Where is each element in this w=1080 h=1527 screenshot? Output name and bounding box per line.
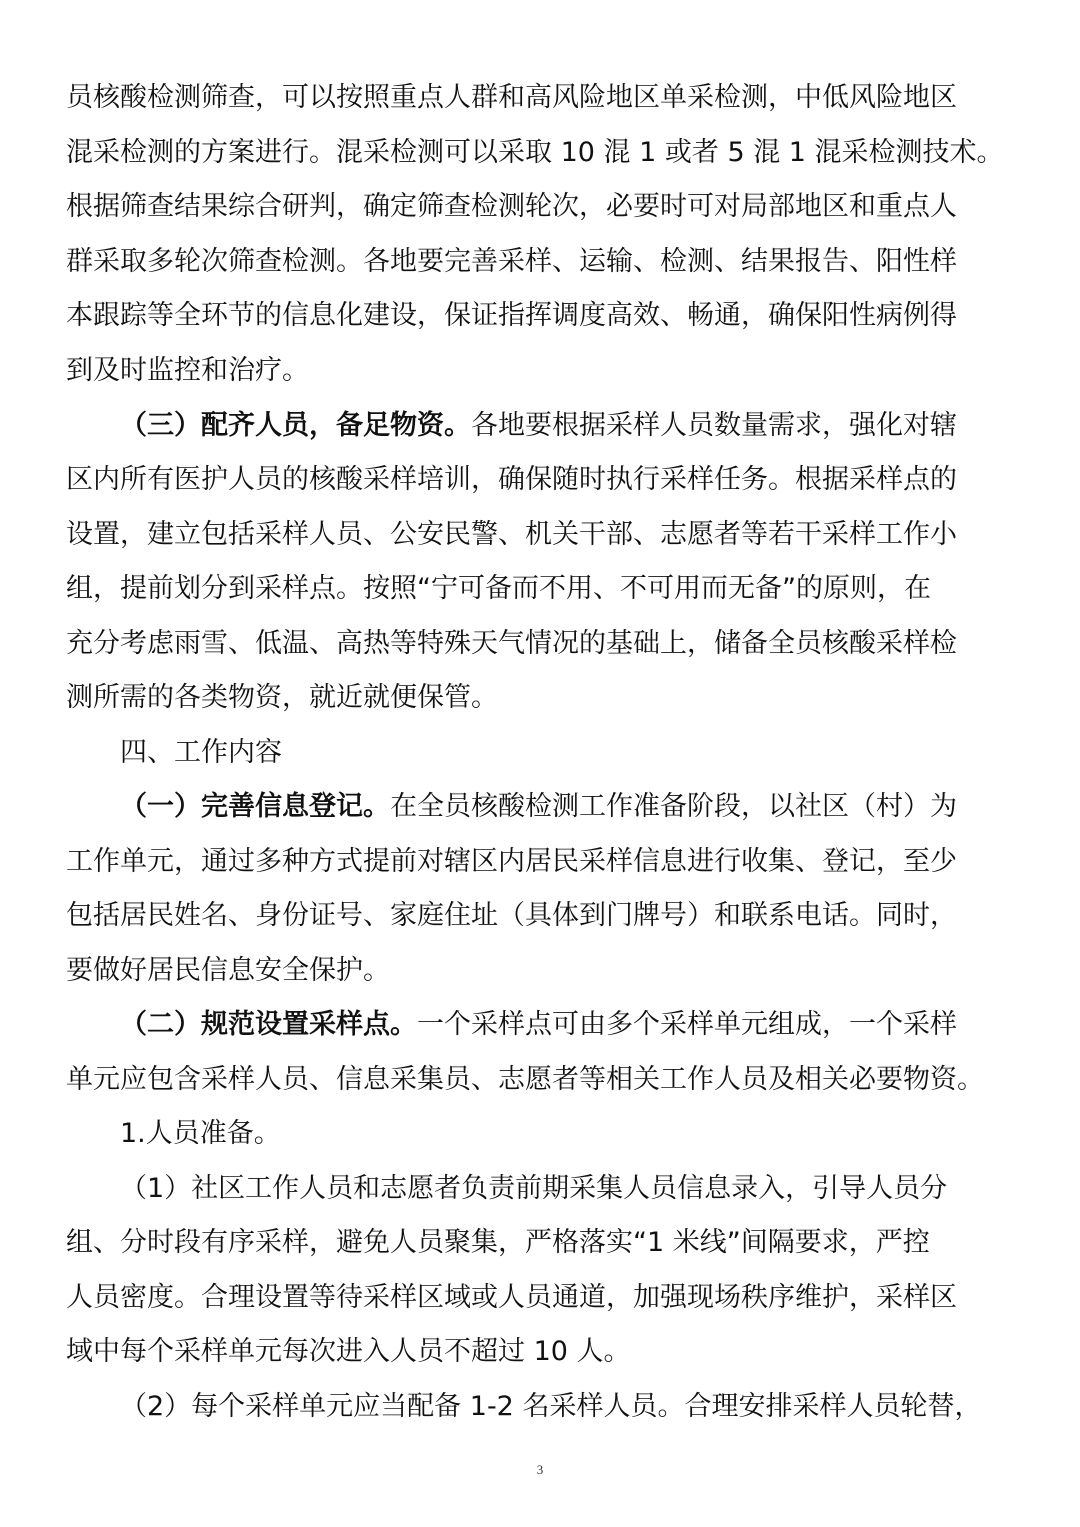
text-line: 混采检测的方案进行。混采检测可以采取 10 混 1 或者 5 混 1 混采检测技…	[66, 136, 1016, 170]
text-line: 各地要根据采样人员数量需求，强化对辖	[471, 410, 957, 441]
section-heading-2: （二）规范设置采样点。一个采样点可由多个采样单元组成，一个采样	[120, 1008, 1016, 1042]
text-line: 群采取多轮次筛查检测。各地要完善采样、运输、检测、结果报告、阳性样	[66, 245, 1016, 279]
text-line: 要做好居民信息安全保护。	[66, 954, 1016, 988]
text-line: （1）社区工作人员和志愿者负责前期采集人员信息录入，引导人员分	[120, 1172, 1016, 1206]
document-page: 员核酸检测筛查，可以按照重点人群和高风险地区单采检测，中低风险地区 混采检测的方…	[0, 0, 1080, 1527]
text-line: 在全员核酸检测工作准备阶段，以社区（村）为	[390, 791, 957, 822]
section-heading-label: （一）完善信息登记。	[120, 791, 390, 822]
text-line: 区内所有医护人员的核酸采样培训，确保随时执行采样任务。根据采样点的	[66, 463, 1016, 497]
text-line: 充分考虑雨雪、低温、高热等特殊天气情况的基础上，储备全员核酸采样检	[66, 627, 1016, 661]
section-heading-3: （三）配齐人员，备足物资。各地要根据采样人员数量需求，强化对辖	[120, 409, 1016, 443]
text-line: 组、分时段有序采样，避免人员聚集，严格落实“1 米线”间隔要求，严控	[66, 1226, 1016, 1260]
section-heading-label: （二）规范设置采样点。	[120, 1009, 417, 1040]
text-line: 人员密度。合理设置等待采样区域或人员通道，加强现场秩序维护，采样区	[66, 1281, 1016, 1315]
text-line: 包括居民姓名、身份证号、家庭住址（具体到门牌号）和联系电话。同时，	[66, 899, 1016, 933]
text-line: 组，提前划分到采样点。按照“宁可备而不用、不可用而无备”的原则，在	[66, 572, 1016, 606]
section-heading-label: （三）配齐人员，备足物资。	[120, 410, 471, 441]
text-line: 工作单元，通过多种方式提前对辖区内居民采样信息进行收集、登记，至少	[66, 845, 1016, 879]
text-line: 设置，建立包括采样人员、公安民警、机关干部、志愿者等若干采样工作小	[66, 518, 1016, 552]
text-line: （2）每个采样单元应当配备 1-2 名采样人员。合理安排采样人员轮替，	[120, 1390, 1016, 1424]
text-line: 到及时监控和治疗。	[66, 354, 1016, 388]
text-line: 本跟踪等全环节的信息化建设，保证指挥调度高效、畅通，确保阳性病例得	[66, 299, 1016, 333]
section-heading-1: （一）完善信息登记。在全员核酸检测工作准备阶段，以社区（村）为	[120, 790, 1016, 824]
page-number: 3	[0, 1462, 1080, 1478]
subsection-heading: 1.人员准备。	[120, 1117, 1016, 1151]
text-line: 域中每个采样单元每次进入人员不超过 10 人。	[66, 1335, 1016, 1369]
text-line: 员核酸检测筛查，可以按照重点人群和高风险地区单采检测，中低风险地区	[66, 81, 1016, 115]
text-line: 测所需的各类物资，就近就便保管。	[66, 681, 1016, 715]
chapter-heading: 四、工作内容	[120, 736, 1016, 770]
text-line: 根据筛查结果综合研判，确定筛查检测轮次，必要时可对局部地区和重点人	[66, 190, 1016, 224]
text-line: 一个采样点可由多个采样单元组成，一个采样	[417, 1009, 957, 1040]
text-line: 单元应包含采样人员、信息采集员、志愿者等相关工作人员及相关必要物资。	[66, 1063, 1016, 1097]
